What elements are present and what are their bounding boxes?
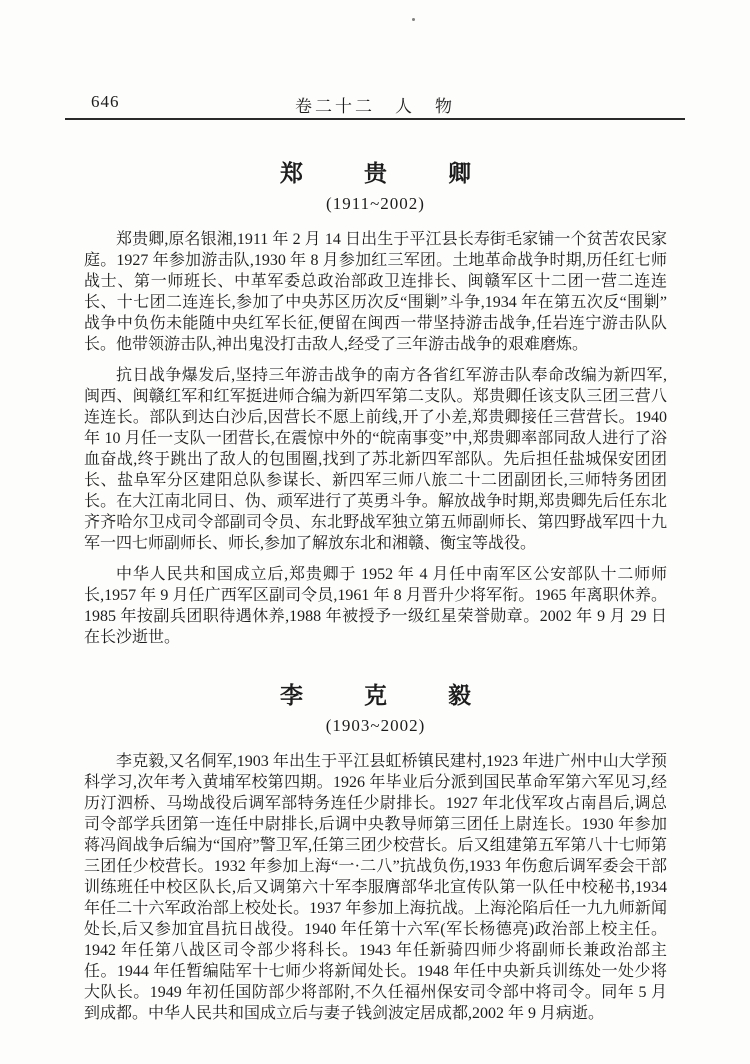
header-rule — [65, 118, 685, 120]
entry-life-years: (1903~2002) — [84, 715, 667, 737]
page-header: 646 卷二十二 人 物 — [65, 92, 685, 114]
entry-name: 李 克 毅 — [84, 680, 667, 710]
entry-name: 郑 贵 卿 — [84, 158, 667, 188]
bio-paragraph: 郑贵卿,原名银湘,1911 年 2 月 14 日出生于平江县长寿街毛家铺一个贫苦… — [84, 229, 667, 355]
bio-paragraph: 中华人民共和国成立后,郑贵卿于 1952 年 4 月任中南军区公安部队十二师师长… — [84, 564, 667, 648]
biography-entry-zheng-guiqing: 郑 贵 卿 (1911~2002) 郑贵卿,原名银湘,1911 年 2 月 14… — [84, 158, 667, 648]
volume-header-title: 卷二十二 人 物 — [65, 92, 685, 117]
bio-paragraph: 李克毅,又名侗军,1903 年出生于平江县虹桥镇民建村,1923 年进广州中山大… — [84, 751, 667, 1024]
book-page: 646 卷二十二 人 物 郑 贵 卿 (1911~2002) 郑贵卿,原名银湘,… — [0, 0, 750, 1064]
biography-entry-li-keyi: 李 克 毅 (1903~2002) 李克毅,又名侗军,1903 年出生于平江县虹… — [84, 680, 667, 1024]
entry-life-years: (1911~2002) — [84, 193, 667, 215]
bio-paragraph: 抗日战争爆发后,坚持三年游击战争的南方各省红军游击队奉命改编为新四军,闽西、闽赣… — [84, 365, 667, 554]
scan-speck — [412, 18, 415, 21]
page-content: 郑 贵 卿 (1911~2002) 郑贵卿,原名银湘,1911 年 2 月 14… — [84, 158, 667, 1024]
